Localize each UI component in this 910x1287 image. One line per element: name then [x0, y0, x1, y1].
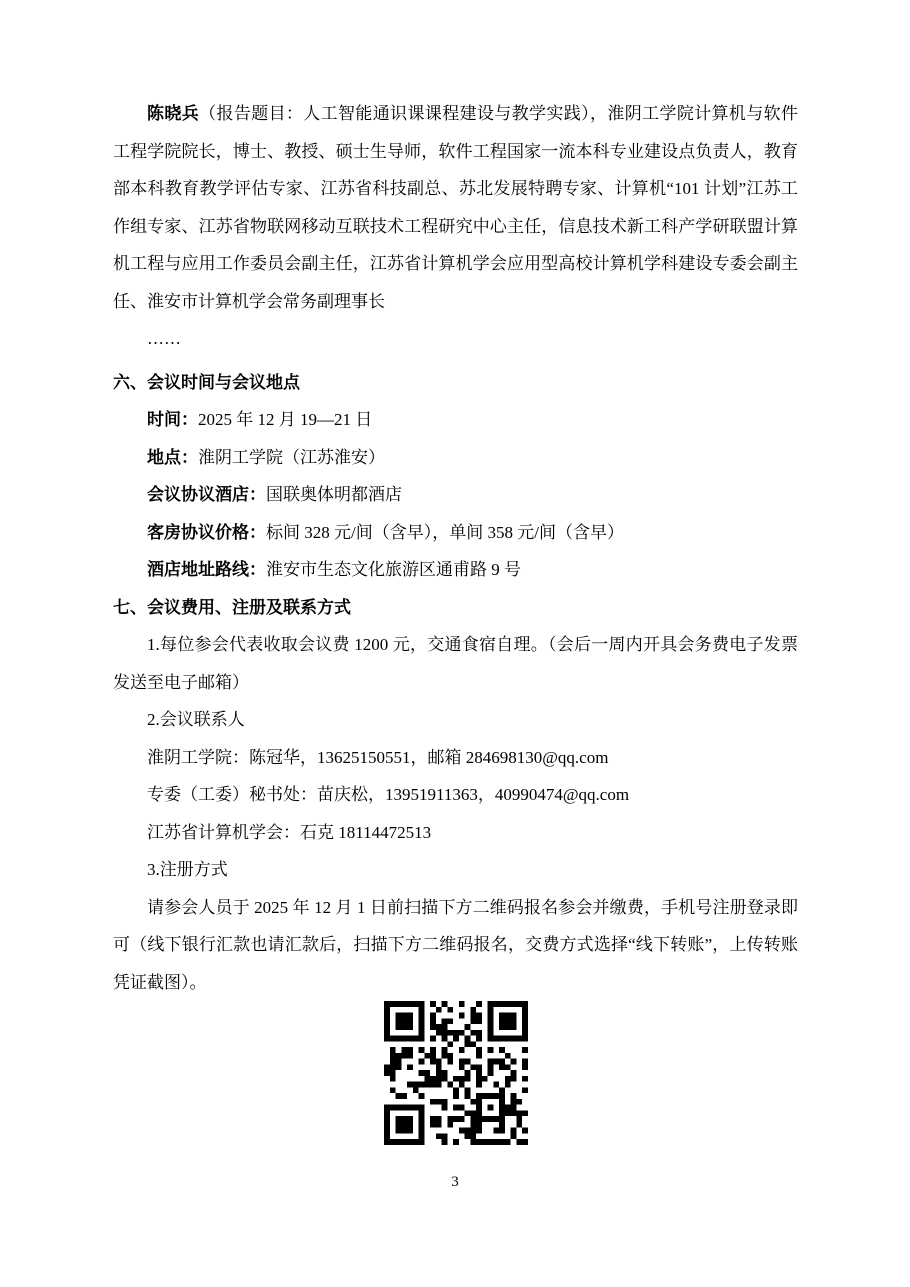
- document-page: 陈晓兵（报告题目：人工智能通识课课程建设与教学实践），淮阴工学院计算机与软件工程…: [0, 0, 910, 1287]
- ellipsis-line: ……: [113, 320, 798, 358]
- register-heading: 3.注册方式: [113, 851, 798, 889]
- contacts-heading: 2.会议联系人: [113, 701, 798, 739]
- section-heading-registration: 七、会议费用、注册及联系方式: [113, 589, 798, 627]
- hotel-address-value: 淮安市生态文化旅游区通甫路 9 号: [266, 560, 521, 579]
- info-line-hotel-address: 酒店地址路线：淮安市生态文化旅游区通甫路 9 号: [113, 551, 798, 589]
- register-paragraph: 请参会人员于 2025 年 12 月 1 日前扫描下方二维码报名参会并缴费，手机…: [113, 889, 798, 1002]
- time-value: 2025 年 12 月 19—21 日: [198, 410, 372, 429]
- place-label: 地点：: [147, 448, 198, 467]
- section-heading-venue: 六、会议时间与会议地点: [113, 364, 798, 402]
- speaker-name: 陈晓兵: [147, 104, 199, 123]
- speaker-bio-paragraph: 陈晓兵（报告题目：人工智能通识课课程建设与教学实践），淮阴工学院计算机与软件工程…: [113, 95, 798, 320]
- speaker-bio-text: （报告题目：人工智能通识课课程建设与教学实践），淮阴工学院计算机与软件工程学院院…: [113, 104, 798, 311]
- fee-paragraph: 1.每位参会代表收取会议费 1200 元，交通食宿自理。（会后一周内开具会务费电…: [113, 626, 798, 701]
- place-value: 淮阴工学院（江苏淮安）: [198, 448, 385, 467]
- time-label: 时间：: [147, 410, 198, 429]
- page-number: 3: [0, 1172, 910, 1192]
- contact-line-jscs: 江苏省计算机学会：石克 18114472513: [113, 814, 798, 852]
- hotel-value: 国联奥体明都酒店: [266, 485, 402, 504]
- contact-line-secretariat: 专委（工委）秘书处：苗庆松，13951911363，40990474@qq.co…: [113, 776, 798, 814]
- info-line-time: 时间：2025 年 12 月 19—21 日: [113, 401, 798, 439]
- document-content: 陈晓兵（报告题目：人工智能通识课课程建设与教学实践），淮阴工学院计算机与软件工程…: [0, 0, 910, 1145]
- room-price-label: 客房协议价格：: [147, 523, 266, 542]
- info-line-hotel: 会议协议酒店：国联奥体明都酒店: [113, 476, 798, 514]
- hotel-address-label: 酒店地址路线：: [147, 560, 266, 579]
- hotel-label: 会议协议酒店：: [147, 485, 266, 504]
- qr-code-container: [113, 1001, 798, 1145]
- room-price-value: 标间 328 元/间（含早），单间 358 元/间（含早）: [266, 523, 624, 542]
- contact-line-hyit: 淮阴工学院：陈冠华，13625150551，邮箱 284698130@qq.co…: [113, 739, 798, 777]
- registration-qr-code-icon: [384, 1001, 528, 1145]
- info-line-room-price: 客房协议价格：标间 328 元/间（含早），单间 358 元/间（含早）: [113, 514, 798, 552]
- info-line-place: 地点：淮阴工学院（江苏淮安）: [113, 439, 798, 477]
